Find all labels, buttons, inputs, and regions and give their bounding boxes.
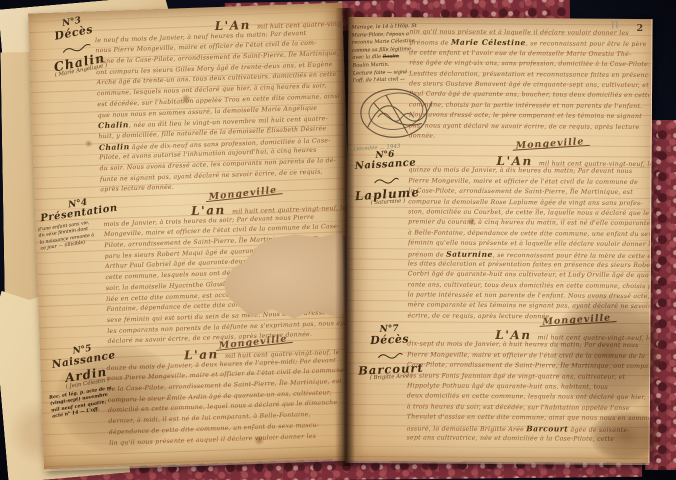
continuation-body-text: nin qu'il nous présente et à laquelle il… (409, 27, 650, 143)
fox-spot (467, 218, 476, 226)
script-line: pas, nous ayant déclaré ne savoir écrire… (409, 121, 649, 133)
register-right-page: n 2 Mariage, le 14 à l'Hôp. StMarie-Pilo… (345, 17, 652, 463)
flourish-mark (377, 352, 403, 360)
register-left-page: N°3 Décès Chalin ( Marie Angélique ) L'A… (28, 3, 358, 470)
ink-stain-large (551, 293, 664, 412)
flourish-mark (373, 176, 399, 185)
act3-body-text: L'An mil huit cent quatre-vingt-neuf,le … (95, 17, 347, 196)
scanned-register-page: N°3 Décès Chalin ( Marie Angélique ) L'A… (0, 0, 676, 480)
fox-spot (85, 139, 93, 147)
ink-stain-small (589, 411, 661, 462)
